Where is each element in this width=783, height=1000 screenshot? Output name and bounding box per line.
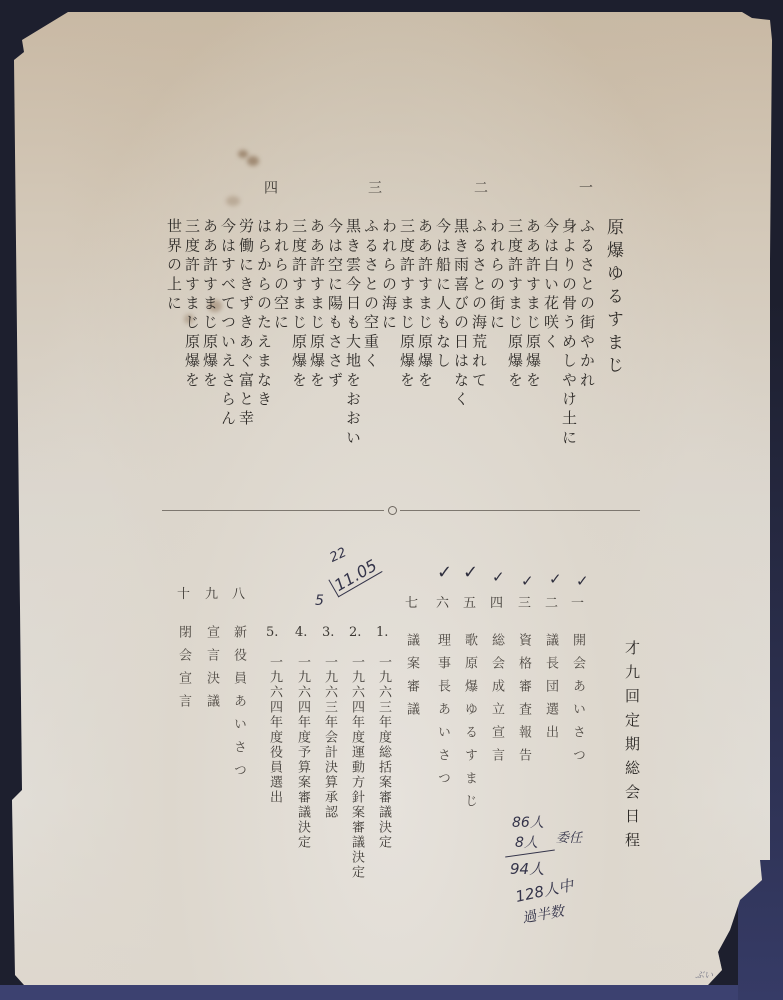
stanza-line: 今はすべてついえさらん xyxy=(219,218,237,429)
stanza-line: ああ許すまじ原爆を xyxy=(201,218,219,391)
stanza-line: われらの街に xyxy=(488,218,506,333)
sub-item-number: 3. xyxy=(322,625,334,640)
stanza-line: 黒き雨喜びの日はなく xyxy=(452,218,470,410)
agenda-item: 歌原爆ゆるすまじ xyxy=(460,633,478,817)
sub-item-number: 5. xyxy=(266,625,278,640)
stanza-number: 四 xyxy=(260,180,280,194)
agenda-number: 二 xyxy=(545,592,558,611)
sub-item: 一九六四年度役員選出 xyxy=(265,655,283,805)
handwritten-total: 94人 xyxy=(510,858,544,879)
check-mark-icon: ✓ xyxy=(576,572,589,590)
stanza-line: 身よりの骨うめしやけ土に xyxy=(560,218,578,448)
agenda-number: 七 xyxy=(405,592,418,611)
stanza-line: ああ許すまじ原爆を xyxy=(524,218,542,391)
stain xyxy=(226,196,240,206)
handwritten-attendance: 86人 xyxy=(512,812,544,832)
stanza-line: 三度許すまじ原爆を xyxy=(290,218,308,391)
stanza-line: われらの海に xyxy=(380,218,398,333)
corner-mark: ぶい xyxy=(695,968,713,981)
check-mark-icon: ✓ xyxy=(463,562,478,583)
agenda-item: 宣言決議 xyxy=(202,625,220,717)
agenda-number: 四 xyxy=(490,592,503,611)
stanza-number: 三 xyxy=(364,180,384,194)
agenda-number: 十 xyxy=(177,583,190,602)
sub-item-number: 1. xyxy=(376,625,388,640)
agenda-title: 才九回定期総会日程 xyxy=(623,640,641,856)
agenda-item: 議案審議 xyxy=(402,633,420,725)
stanza-line: 世界の上に xyxy=(165,218,183,314)
check-mark-icon: ✓ xyxy=(549,570,562,588)
check-mark-icon: ✓ xyxy=(521,572,534,590)
agenda-number: 九 xyxy=(205,583,218,602)
agenda-item: 新役員あいさつ xyxy=(229,625,247,786)
handwritten-time-left: 5 xyxy=(315,593,324,609)
sub-item: 一九六三年会計決算承認 xyxy=(320,655,338,820)
stanza-line: 三度許すまじ原爆を xyxy=(506,218,524,391)
check-mark-icon: ✓ xyxy=(492,568,505,586)
stanza-line: 三度許すまじ原爆を xyxy=(398,218,416,391)
stanza-number: 二 xyxy=(470,180,490,194)
stanza-line: 三度許すまじ原爆を xyxy=(183,218,201,391)
divider-right xyxy=(400,510,640,511)
agenda-number: 六 xyxy=(436,592,449,611)
sub-item: 一九六三年度総括案審議決定 xyxy=(374,655,392,850)
divider-circle xyxy=(388,506,397,515)
sub-item: 一九六四年度運動方針案審議決定 xyxy=(347,655,365,880)
divider-left xyxy=(162,510,384,511)
stain xyxy=(238,150,248,158)
stanza-number: 一 xyxy=(575,180,595,194)
poem-title: 原爆ゆるすまじ xyxy=(604,218,622,379)
check-mark-icon: ✓ xyxy=(437,562,452,583)
stanza-line: 今は空に陽もささず xyxy=(326,218,344,391)
paper-sheet xyxy=(0,0,783,1000)
stanza-line: 今は白い花咲く xyxy=(542,218,560,352)
stanza-line: ふるさとの海荒れて xyxy=(470,218,488,391)
stanza-line: 労働にきずきあぐ富と幸 xyxy=(237,218,255,429)
agenda-item: 閉会宣言 xyxy=(174,625,192,717)
agenda-number: 三 xyxy=(518,592,531,611)
agenda-item: 理事長あいさつ xyxy=(433,633,451,794)
handwritten-proxy-label: 委任 xyxy=(556,827,582,846)
stanza-line: はらからのたえまなき xyxy=(255,218,273,410)
stanza-line: ふるさとの空重く xyxy=(362,218,380,372)
sub-item-number: 2. xyxy=(349,625,361,640)
agenda-number: 八 xyxy=(232,583,245,602)
background-strip xyxy=(0,985,783,1000)
stanza-line: ああ許すまじ原爆を xyxy=(308,218,326,391)
agenda-number: 一 xyxy=(571,592,584,611)
handwritten-proxy: 8人 xyxy=(515,832,538,852)
agenda-item: 議長団選出 xyxy=(541,633,559,748)
agenda-item: 資格審査報告 xyxy=(514,633,532,771)
stanza-line: われらの空に xyxy=(272,218,290,333)
agenda-number: 五 xyxy=(463,592,476,611)
stanza-line: ふるさとの街やかれ xyxy=(578,218,596,391)
stain xyxy=(247,156,259,166)
sub-item: 一九六四年度予算案審議決定 xyxy=(293,655,311,850)
sub-item-number: 4. xyxy=(295,625,307,640)
stanza-line: 黒き雲今日も大地をおおい xyxy=(344,218,362,448)
agenda-item: 総会成立宣言 xyxy=(487,633,505,771)
stanza-line: ああ許すまじ原爆を xyxy=(416,218,434,391)
agenda-item: 開会あいさつ xyxy=(568,633,586,771)
stanza-line: 今は船に人もなし xyxy=(434,218,452,372)
